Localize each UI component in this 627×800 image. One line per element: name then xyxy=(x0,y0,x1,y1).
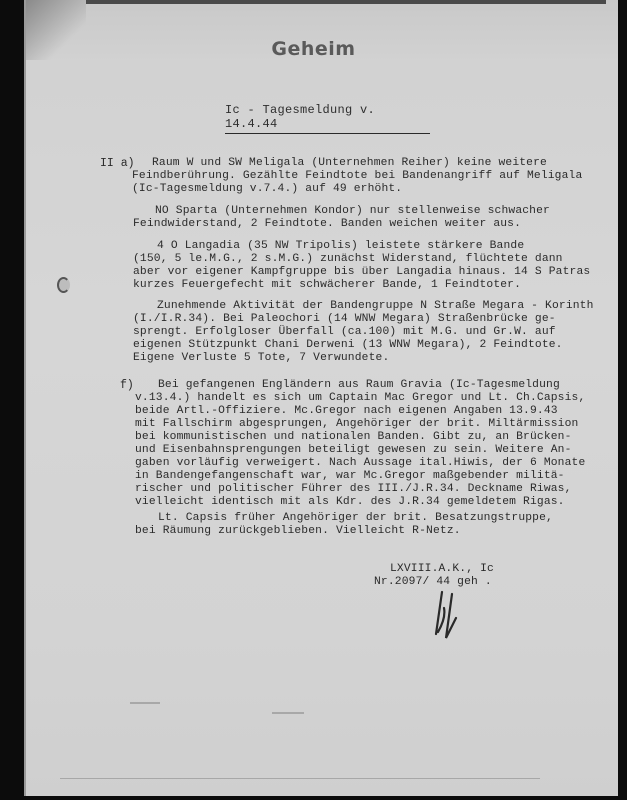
text-line: kurzes Feuergefecht mit schwächerer Band… xyxy=(133,279,521,291)
unit-designation: LXVIII.A.K., Ic xyxy=(390,563,494,575)
text-line: und Eisenbahnsprengungen beteiligt gewes… xyxy=(135,444,572,456)
text-line: Feindberührung. Gezählte Feindtote bei B… xyxy=(132,170,582,182)
reference-number: Nr.2097/ 44 geh . xyxy=(374,576,492,588)
signature-icon xyxy=(428,588,468,648)
text-line: 4 O Langadia (35 NW Tripolis) leistete s… xyxy=(157,240,524,252)
text-line: bei Räumung zurückgeblieben. Vielleicht … xyxy=(135,525,461,537)
text-line: Eigene Verluste 5 Tote, 7 Verwundete. xyxy=(133,352,389,364)
text-line: rischer und politischer Führer des III./… xyxy=(135,483,572,495)
text-line: (I./I.R.34). Bei Paleochori (14 WNW Mega… xyxy=(133,313,556,325)
text-line: beide Artl.-Offiziere. Mc.Gregor nach ei… xyxy=(135,405,558,417)
scan-smudge xyxy=(272,712,304,714)
scan-smudge xyxy=(130,702,160,704)
text-line: NO Sparta (Unternehmen Kondor) nur stell… xyxy=(155,205,550,217)
text-line: (Ic-Tagesmeldung v.7.4.) auf 49 erhöht. xyxy=(132,183,402,195)
text-line: vielleicht identisch mit als Kdr. des J.… xyxy=(135,496,565,508)
text-line: Zunehmende Aktivität der Bandengruppe N … xyxy=(157,300,594,312)
text-line: Bei gefangenen Engländern aus Raum Gravi… xyxy=(158,379,560,391)
text-line: bei kommunistischen und nationalen Bande… xyxy=(135,431,572,443)
text-line: gaben vorläufig verweigert. Nach Aussage… xyxy=(135,457,585,469)
text-line: sprengt. Erfolgloser Überfall (ca.100) m… xyxy=(133,326,556,338)
text-line: eigenen Stützpunkt Chani Derweni (13 WNW… xyxy=(133,339,563,351)
text-line: mit Fallschirm abgesprungen, Angehöriger… xyxy=(135,418,578,430)
document-title: Ic - Tagesmeldung v. 14.4.44 xyxy=(225,103,430,134)
text-line: Lt. Capsis früher Angehöriger der brit. … xyxy=(158,512,553,524)
text-line: v.13.4.) handelt es sich um Captain Mac … xyxy=(135,392,585,404)
text-line: Raum W und SW Meligala (Unternehmen Reih… xyxy=(152,157,547,169)
punch-hole-icon xyxy=(57,277,70,293)
classification-stamp: Geheim xyxy=(0,38,627,60)
scan-fold-line xyxy=(60,778,540,779)
text-line: aber vor eigener Kampfgruppe bis über La… xyxy=(133,266,590,278)
text-line: Feindwiderstand, 2 Feindtote. Banden wei… xyxy=(133,218,521,230)
text-line: (150, 5 le.M.G., 2 s.M.G.) zunächst Wide… xyxy=(133,253,563,265)
scan-edge xyxy=(86,0,606,4)
section-label-f: f) xyxy=(120,379,134,392)
text-line: in Bandengefangenschaft war, war Mc.Greg… xyxy=(135,470,565,482)
section-label-IIa: II a) xyxy=(100,157,135,170)
